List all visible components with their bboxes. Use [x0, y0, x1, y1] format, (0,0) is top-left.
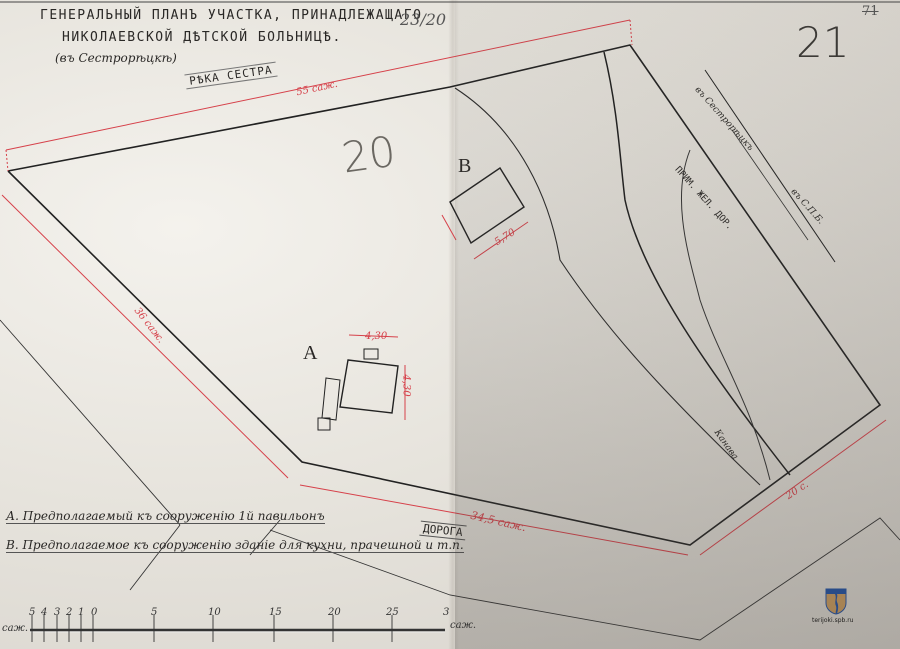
- scale-tick: 5: [151, 607, 157, 618]
- scale-tick: 3: [54, 607, 60, 618]
- scale-tick: 1: [78, 607, 84, 618]
- scale-unit-left: саж.: [2, 623, 28, 634]
- terijoki-shield-logo-icon: [822, 585, 850, 615]
- building-a: [318, 349, 398, 430]
- title-line-1: ГЕНЕРАЛЬНЫЙ ПЛАНЪ УЧАСТКА, ПРИНАДЛЕЖАЩАГ…: [40, 8, 422, 23]
- scale-tick: 5: [29, 607, 35, 618]
- dimension-lines: [2, 20, 886, 555]
- river-bank-line: [455, 88, 760, 485]
- building-b-label: В: [458, 155, 471, 178]
- subtitle-location: (въ Сестрорѣцкѣ): [55, 51, 177, 65]
- sheet-number: 21: [796, 18, 849, 67]
- scale-tick: 15: [269, 607, 282, 618]
- building-a-label: А: [303, 342, 317, 365]
- scale-tick: 4: [41, 607, 47, 618]
- road-edge-west: [0, 320, 180, 525]
- scale-tick: 10: [208, 607, 221, 618]
- scale-tick: 20: [328, 607, 341, 618]
- archive-number: 23/20: [400, 10, 446, 29]
- dimension-building-a-depth: 4,30: [401, 374, 412, 396]
- legend-item-b: В. Предполагаемое къ сооруженію зданіе д…: [6, 538, 464, 553]
- site-boundary: [8, 45, 880, 545]
- site-plan-sheet: ГЕНЕРАЛЬНЫЙ ПЛАНЪ УЧАСТКА, ПРИНАДЛЕЖАЩАГ…: [0, 0, 900, 649]
- scale-tick: 2: [66, 607, 72, 618]
- title-line-2: НИКОЛАЕВСКОЙ ДѢТСКОЙ БОЛЬНИЦѢ.: [62, 30, 342, 45]
- scale-tick: 0: [91, 607, 97, 618]
- scale-tick: 3: [443, 607, 449, 618]
- railway-track: [705, 70, 835, 262]
- pencil-number: 20: [339, 127, 399, 183]
- canal-line-1: [604, 52, 790, 475]
- watermark-text: terijoki.spb.ru: [812, 617, 853, 624]
- legend-item-a: А. Предполагаемый къ сооруженію 1й павил…: [6, 509, 325, 524]
- scale-unit-right: саж.: [450, 620, 476, 631]
- dimension-building-a-width: 4,30: [365, 331, 387, 342]
- scale-tick: 25: [386, 607, 399, 618]
- sheet-number-crossed: 71: [862, 4, 879, 19]
- scale-bar: [30, 615, 445, 642]
